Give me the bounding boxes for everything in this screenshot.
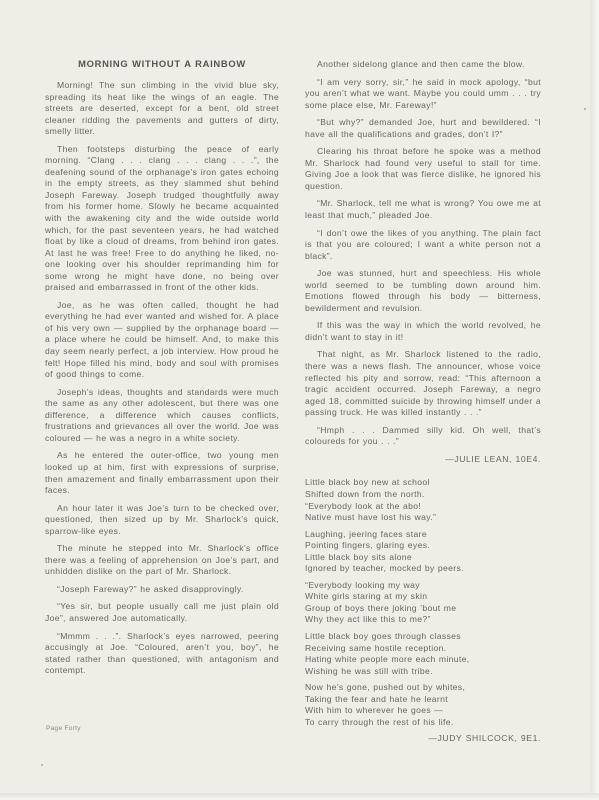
paragraph: “Mmmm . . .”. Sharlock’s eyes narrowed, … <box>45 631 279 677</box>
paragraph: “Mr. Sharlock, tell me what is wrong? Yo… <box>305 198 541 221</box>
poem-line: Taking the fear and hate he learnt <box>305 694 541 706</box>
paragraph: As he entered the outer-office, two youn… <box>45 450 279 496</box>
story-body-left: Morning! The sun climbing in the vivid b… <box>45 80 279 677</box>
poem-line: Little black boy sits alone <box>305 552 541 564</box>
poem-line: “Everybody look at the abo! <box>305 501 541 513</box>
poem-line: With him to wherever he goes — <box>305 705 541 717</box>
paragraph: If this was the way in which the world r… <box>305 320 541 343</box>
paragraph: “Hmph . . . Dammed silly kid. Oh well, t… <box>305 425 541 448</box>
story-author: —JULIE LEAN, 10E4. <box>305 454 541 466</box>
paragraph: Morning! The sun climbing in the vivid b… <box>45 80 279 138</box>
poem-line: “Everybody looking my way <box>305 580 541 592</box>
poem-line: Group of boys there joking ’bout me <box>305 603 541 615</box>
poem-line: White girls staring at my skin <box>305 591 541 603</box>
poem-stanza: Little black boy new at schoolShifted do… <box>305 477 541 523</box>
poem-line: Laughing, jeering faces stare <box>305 529 541 541</box>
right-column: Another sidelong glance and then came th… <box>305 59 541 757</box>
paragraph: Joe, as he was often called, thought he … <box>45 300 279 381</box>
paper-speck <box>41 764 43 766</box>
page-edge-right <box>590 0 599 800</box>
paragraph: “I am very sorry, sir,” he said in mock … <box>305 77 541 112</box>
page-number: Page Forty <box>46 725 81 732</box>
poem-line: Now he’s gone, pushed out by whites, <box>305 682 541 694</box>
paragraph: “Yes sir, but people usually call me jus… <box>45 601 279 624</box>
paragraph: Joe was stunned, hurt and speechless. Hi… <box>305 268 541 314</box>
poem-line: Wishing he was still with tribe. <box>305 666 541 678</box>
poem: Little black boy new at schoolShifted do… <box>305 477 541 728</box>
paragraph: Clearing his throat before he spoke was … <box>305 146 541 192</box>
poem-line: To carry through the rest of his life. <box>305 717 541 729</box>
poem-line: Receiving same hostile reception. <box>305 643 541 655</box>
page-edge-bottom <box>0 793 599 800</box>
paragraph: Then footsteps disturbing the peace of e… <box>45 144 279 294</box>
paragraph: That night, as Mr. Sharlock listened to … <box>305 349 541 418</box>
left-column: MORNING WITHOUT A RAINBOW Morning! The s… <box>45 58 279 683</box>
poem-line: Little black boy goes through classes <box>305 631 541 643</box>
poem-stanza: Now he’s gone, pushed out by whites,Taki… <box>305 682 541 728</box>
poem-line: Ignored by teacher, mocked by peers. <box>305 563 541 575</box>
poem-author: —JUDY SHILCOCK, 9E1. <box>305 733 541 745</box>
poem-stanza: Little black boy goes through classesRec… <box>305 631 541 677</box>
poem-line: Little black boy new at school <box>305 477 541 489</box>
poem-line: Why they act like this to me?” <box>305 614 541 626</box>
paragraph: “I don’t owe the likes of you anything. … <box>305 228 541 263</box>
paragraph: The minute he stepped into Mr. Sharlock’… <box>45 543 279 578</box>
paragraph: Another sidelong glance and then came th… <box>305 59 541 71</box>
story-body-right: Another sidelong glance and then came th… <box>305 59 541 448</box>
poem-line: Pointing fingers, glaring eyes. <box>305 540 541 552</box>
paper-speck <box>584 108 586 110</box>
poem-line: Shifted down from the north. <box>305 489 541 501</box>
paragraph: “Joseph Fareway?” he asked disapprovingl… <box>45 584 279 596</box>
poem-line: Hating white people more each minute, <box>305 654 541 666</box>
poem-line: Native must have lost his way.” <box>305 512 541 524</box>
paragraph: “But why?” demanded Joe, hurt and bewild… <box>305 117 541 140</box>
poem-stanza: Laughing, jeering faces starePointing fi… <box>305 529 541 575</box>
story-title: MORNING WITHOUT A RAINBOW <box>45 58 279 70</box>
paragraph: Joseph’s ideas, thoughts and standards w… <box>45 387 279 445</box>
poem-stanza: “Everybody looking my wayWhite girls sta… <box>305 580 541 626</box>
paragraph: An hour later it was Joe’s turn to be ch… <box>45 503 279 538</box>
